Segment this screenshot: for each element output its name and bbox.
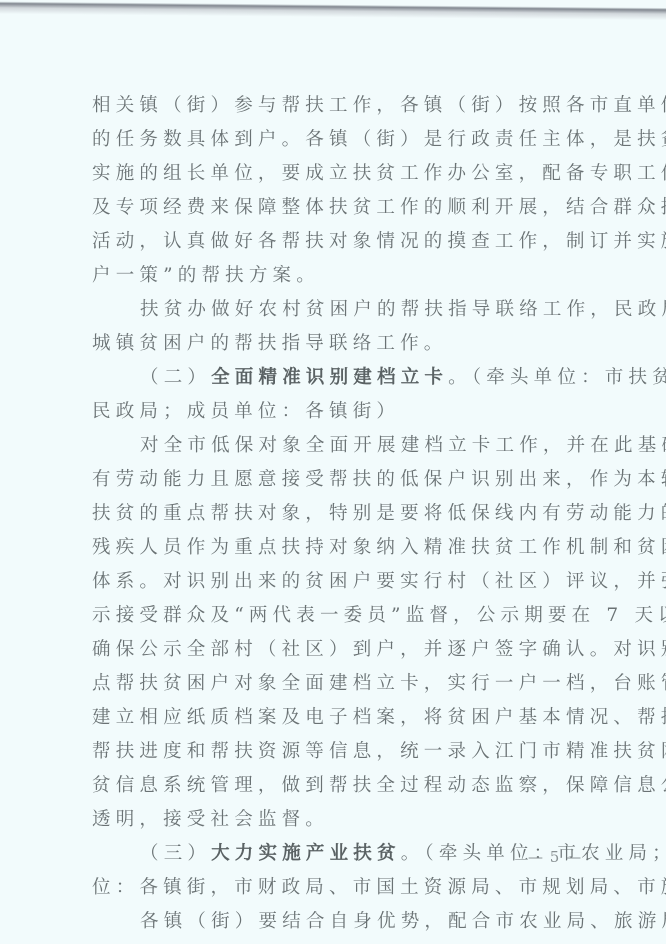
text-line: 相关镇（街）参与帮扶工作，各镇（街）按照各市直单位分配 [92,89,578,123]
text-line: （二）全面精准识别建档立卡。（牵头单位：市扶贫办、市 [92,361,578,395]
text-line: 的任务数具体到户。各镇（街）是行政责任主体，是扶贫工作 [92,123,578,157]
text-line: 残疾人员作为重点扶持对象纳入精准扶贫工作机制和贫困监察 [92,531,578,565]
text-line: 民政局；成员单位：各镇街） [92,395,578,429]
text-line: 及专项经费来保障整体扶贫工作的顺利开展，结合群众接访日 [92,191,578,225]
text-line: 帮扶进度和帮扶资源等信息，统一录入江门市精准扶贫网的扶 [92,735,578,769]
body-text: 位：各镇街，市财政局、市国土资源局、市规划局、市旅游局） [92,877,666,898]
body-text: 各镇（街）要结合自身优势，配合市农业局、旅游局、财 [140,911,666,932]
body-text: 建立相应纸质档案及电子档案，将贫困户基本情况、帮扶措施、 [92,707,666,728]
body-text: 贫信息系统管理，做到帮扶全过程动态监察，保障信息公开、 [92,775,666,796]
text-line: 建立相应纸质档案及电子档案，将贫困户基本情况、帮扶措施、 [92,701,578,735]
body-text: 活动，认真做好各帮扶对象情况的摸查工作，制订并实施“一 [92,231,666,252]
section-heading-text: 大力实施产业扶贫 [211,843,401,864]
text-line: 扶贫办做好农村贫困户的帮扶指导联络工作，民政局做好 [92,293,578,327]
body-text: 体系。对识别出来的贫困户要实行村（社区）评议，并张榜公 [92,571,666,592]
body-text: 示接受群众及“两代表一委员”监督，公示期要在 7 天以上， [92,605,666,626]
body-text: 城镇贫困户的帮扶指导联络工作。 [92,333,448,354]
text-line: 对全市低保对象全面开展建档立卡工作，并在此基础上将 [92,429,578,463]
document-page-body: 相关镇（街）参与帮扶工作，各镇（街）按照各市直单位分配的任务数具体到户。各镇（街… [92,89,578,939]
body-text: 相关镇（街）参与帮扶工作，各镇（街）按照各市直单位分配 [92,95,666,116]
page-number: — 5 — [528,848,582,866]
body-text: 的任务数具体到户。各镇（街）是行政责任主体，是扶贫工作 [92,129,666,150]
text-line: 实施的组长单位，要成立扶贫工作办公室，配备专职工作人员 [92,157,578,191]
body-text: 及专项经费来保障整体扶贫工作的顺利开展，结合群众接访日 [92,197,666,218]
body-text: 残疾人员作为重点扶持对象纳入精准扶贫工作机制和贫困监察 [92,537,666,558]
body-text: 户一策”的帮扶方案。 [92,265,320,286]
text-line: （三）大力实施产业扶贫。（牵头单位：市农业局；成员单 [92,837,578,871]
body-text: 扶贫办做好农村贫困户的帮扶指导联络工作，民政局做好 [140,299,666,320]
body-text: 有劳动能力且愿意接受帮扶的低保户识别出来，作为本轮精准 [92,469,666,490]
body-text: 确保公示全部村（社区）到户，并逐户签字确认。对识别的重 [92,639,666,660]
text-line: 扶贫的重点帮扶对象，特别是要将低保线内有劳动能力的贫困 [92,497,578,531]
body-text: 实施的组长单位，要成立扶贫工作办公室，配备专职工作人员 [92,163,666,184]
body-text: （二） [140,367,211,388]
body-text: 帮扶进度和帮扶资源等信息，统一录入江门市精准扶贫网的扶 [92,741,666,762]
text-line: 各镇（街）要结合自身优势，配合市农业局、旅游局、财 [92,905,578,939]
scan-edge-shadow [0,0,666,20]
text-line: 确保公示全部村（社区）到户，并逐户签字确认。对识别的重 [92,633,578,667]
text-line: 透明，接受社会监督。 [92,803,578,837]
body-text: 。（牵头单位：市扶贫办、市 [448,367,666,388]
section-heading-text: 全面精准识别建档立卡 [211,367,448,388]
text-line: 有劳动能力且愿意接受帮扶的低保户识别出来，作为本轮精准 [92,463,578,497]
text-line: 位：各镇街，市财政局、市国土资源局、市规划局、市旅游局） [92,871,578,905]
body-text: （三） [140,843,211,864]
text-line: 贫信息系统管理，做到帮扶全过程动态监察，保障信息公开、 [92,769,578,803]
body-text: 点帮扶贫困户对象全面建档立卡，实行一户一档，台账管理， [92,673,666,694]
text-line: 示接受群众及“两代表一委员”监督，公示期要在 7 天以上， [92,599,578,633]
text-line: 活动，认真做好各帮扶对象情况的摸查工作，制订并实施“一 [92,225,578,259]
body-text: 透明，接受社会监督。 [92,809,329,830]
text-line: 点帮扶贫困户对象全面建档立卡，实行一户一档，台账管理， [92,667,578,701]
text-line: 体系。对识别出来的贫困户要实行村（社区）评议，并张榜公 [92,565,578,599]
body-text: 对全市低保对象全面开展建档立卡工作，并在此基础上将 [140,435,666,456]
body-text: 扶贫的重点帮扶对象，特别是要将低保线内有劳动能力的贫困 [92,503,666,524]
text-line: 城镇贫困户的帮扶指导联络工作。 [92,327,578,361]
text-line: 户一策”的帮扶方案。 [92,259,578,293]
body-text: 民政局；成员单位：各镇街） [92,401,400,422]
